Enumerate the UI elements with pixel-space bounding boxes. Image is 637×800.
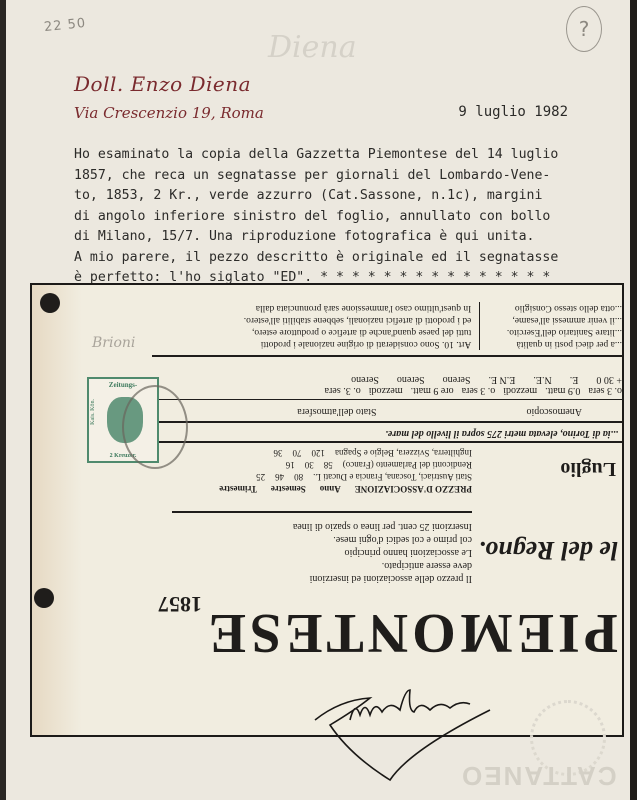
pencil-signature-brioni: Brioni xyxy=(92,335,135,351)
rule xyxy=(172,511,472,513)
text-line: ...litare Sanitario dell'Esercito. xyxy=(492,326,622,338)
meteo-cell: + 30 0 xyxy=(596,374,622,385)
body-line: Ho esaminato la copia della Gazzetta Pie… xyxy=(74,145,594,166)
cell: 80 xyxy=(294,471,303,483)
prezzo-associazione-table: PREZZO D'ASSOCIAZIONEAnnoSemestreTrimest… xyxy=(172,447,472,495)
meteo-header: Stato dell'atmosfera xyxy=(297,406,376,417)
meteo-table: AnemoscopioStato dell'atmosfera o. 3 ser… xyxy=(152,374,622,417)
meteo-cell: o. 3. sera xyxy=(325,385,361,396)
certificate-body: Ho esaminato la copia della Gazzetta Pie… xyxy=(74,145,594,289)
meteo-cell: o. 3 sera xyxy=(462,385,496,396)
letterhead: Doll. Enzo Diena Via Crescenzio 19, Roma xyxy=(74,72,264,122)
meteo-cell: N.E. xyxy=(533,374,551,385)
meteo-cell: mezzodì xyxy=(503,385,537,396)
certificate-date: 9 luglio 1982 xyxy=(458,104,568,120)
meteo-cell: E. xyxy=(570,374,579,385)
text-line: Art. 10. Sono considerati di origine naz… xyxy=(152,338,471,350)
prezzo-heading: PREZZO D'ASSOCIAZIONE xyxy=(355,483,472,495)
meteo-header: Anemoscopio xyxy=(526,406,582,417)
meteo-cell: ore 9 matt. xyxy=(411,385,454,396)
meteo-cell: o. 3 sera xyxy=(588,385,622,396)
age-stain xyxy=(32,285,82,735)
pencil-inventory-number: 22 50 xyxy=(43,16,87,35)
row-label: Stati Austriaci, Toscana, Francia e Duca… xyxy=(313,471,472,483)
inserzioni-line: Inserzioni 25 cent. per linea o spazio d… xyxy=(172,520,472,533)
body-line: 1857, che reca un segnatasse per giornal… xyxy=(74,166,594,187)
altitude-note: ...ia di Torino, elevata metri 275 sopra… xyxy=(385,428,618,439)
newspaper-masthead: PIEMONTESE xyxy=(205,601,618,665)
meteo-cell: E.N E. xyxy=(488,374,515,385)
milano-postmark xyxy=(122,385,188,469)
punch-hole-bottom xyxy=(34,588,54,608)
art10-column: Art. 10. Sono considerati di origine naz… xyxy=(152,302,480,350)
col-header: Semestre xyxy=(271,483,306,495)
newspaper-month: Luglio xyxy=(560,457,616,480)
faint-show-through-text: Diena xyxy=(268,30,357,65)
punch-hole-top xyxy=(40,293,60,313)
inserzioni-block: Il prezzo delle associazioni ed inserzio… xyxy=(172,520,472,585)
newspaper-subtitle: le del Regno. xyxy=(479,535,618,565)
meteo-cell: Sereno xyxy=(397,374,425,385)
cell: 25 xyxy=(256,471,265,483)
rule xyxy=(152,421,622,423)
expert-name: Doll. Enzo Diena xyxy=(74,72,264,96)
inserzioni-line: Le associazioni hanno principio xyxy=(172,546,472,559)
cell: 36 xyxy=(274,447,283,459)
row-label: Inghilterra, Svizzera, Belgio e Spagna xyxy=(335,447,472,459)
rule xyxy=(152,441,622,443)
body-line: A mio parere, il pezzo descritto è origi… xyxy=(74,248,594,269)
meteo-cell: mezzodì xyxy=(369,385,403,396)
col-header: Anno xyxy=(320,483,341,495)
newspaper-upside-down: PIEMONTESE 1857 le del Regno. Il prezzo … xyxy=(152,285,622,735)
body-line: di angolo inferiore sinistro del foglio,… xyxy=(74,207,594,228)
rule xyxy=(152,355,622,357)
text-line: In quest'ultimo caso l'ammessione sarà p… xyxy=(152,302,471,314)
cell: 58 xyxy=(324,459,333,471)
text-line: ...a per dieci posti in qualità xyxy=(492,338,622,350)
cell: 46 xyxy=(275,471,284,483)
text-line: ...il venir ammessi all'esame, xyxy=(492,314,622,326)
attached-photograph: Brioni PIEMONTESE 1857 le del Regno. Il … xyxy=(30,283,624,737)
inserzioni-line: deve essere anticipato. xyxy=(172,559,472,572)
cell: 120 xyxy=(312,447,326,459)
right-column: ...a per dieci posti in qualità ...litar… xyxy=(492,302,622,350)
body-line: di Milano, 15/7. Una riproduzione fotogr… xyxy=(74,227,594,248)
text-line: ed i prodotti di artefici nazionali, seb… xyxy=(152,314,471,326)
newspaper-year: 1857 xyxy=(158,591,202,617)
cell: 30 xyxy=(305,459,314,471)
body-line: to, 1853, 2 Kr., verde azzurro (Cat.Sass… xyxy=(74,186,594,207)
meteo-cell: Sereno xyxy=(443,374,471,385)
inserzioni-line: col primo e col sedici d'ogni mese. xyxy=(172,533,472,546)
expert-address: Via Crescenzio 19, Roma xyxy=(74,104,264,122)
scan-edge xyxy=(630,0,637,800)
inserzioni-line: Il prezzo delle associazioni ed inserzio… xyxy=(172,572,472,585)
col-header: Trimestre xyxy=(219,483,257,495)
row-label: Rendiconti del Parlamento (Franco) xyxy=(343,459,472,471)
text-line: tutti del paese quand'anche di artefice … xyxy=(152,326,471,338)
embossed-seal-text: CATTANEO xyxy=(460,760,617,791)
cell: 70 xyxy=(293,447,302,459)
stamp-side-label: Kais. Kön. xyxy=(90,399,96,425)
meteo-cell: Sereno xyxy=(351,374,379,385)
text-line: ...otta dello stesso Consiglio xyxy=(492,302,622,314)
meteo-cell: 0.9 matt. xyxy=(545,385,580,396)
pencil-question-mark: ? xyxy=(566,6,602,52)
article-10: ...a per dieci posti in qualità ...litar… xyxy=(152,302,622,350)
cell: 16 xyxy=(286,459,295,471)
